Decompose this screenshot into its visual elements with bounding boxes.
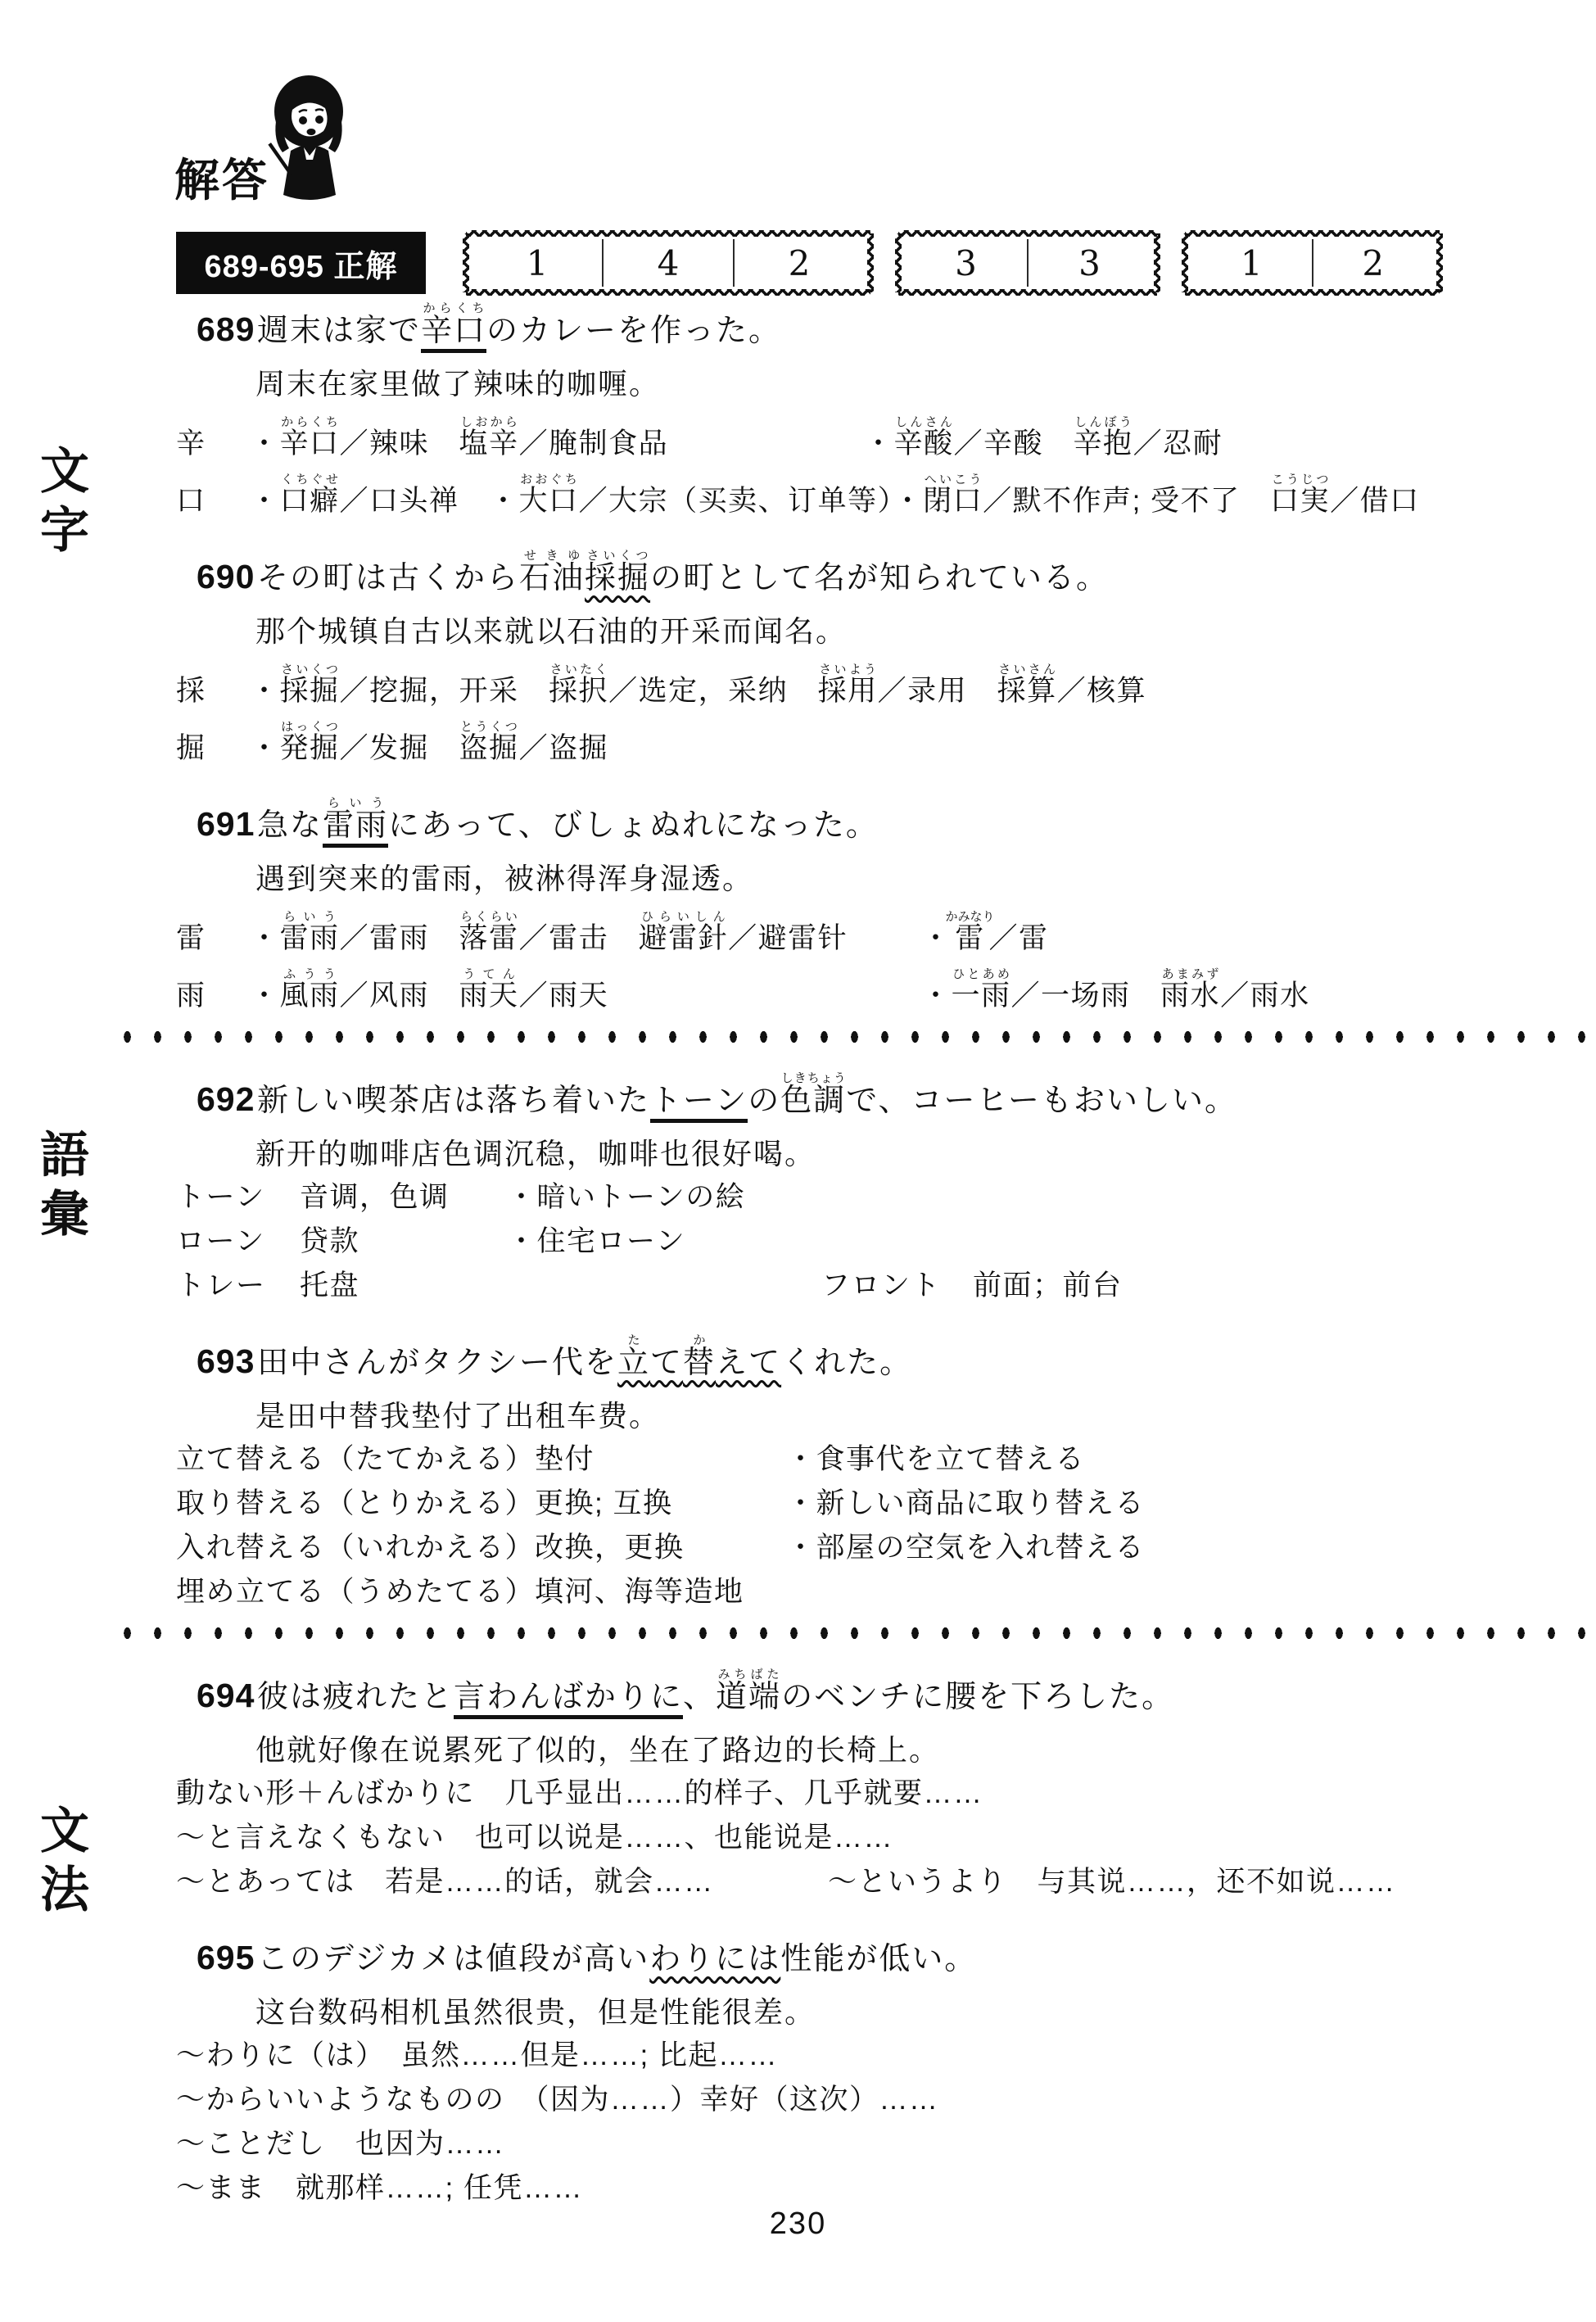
ruby-term: 避雷針ひらいしん <box>639 922 729 954</box>
vocab-cell: ・一雨ひとあめ／一场雨 雨水あまみず／雨水 <box>921 967 1310 1014</box>
zigzag-border-right <box>1154 233 1160 292</box>
vocab-cell: ・採掘さいくつ／挖掘，开采 採択さいたく／选定，采纳 採用さいよう／录用 採算さ… <box>250 663 1146 709</box>
ruby-term: 発掘はっくつ <box>280 732 340 764</box>
text-run: ～からいいようなものの （因为……）幸好（这次）…… <box>176 2084 939 2116</box>
vocab-cell: ～まま 就那样……; 任凭…… <box>176 2170 583 2207</box>
vocab-cell: ・部屋の空気を入れ替える <box>786 1530 1145 1566</box>
text-run: 掘 <box>176 732 206 764</box>
vocab-cell: 採 <box>176 673 206 709</box>
text-run: ～とあっては 若是……的话，就会…… <box>176 1866 714 1898</box>
question-694: 694彼は疲れたと言わんばかりに、道端みちばたのベンチに腰を下ろした。他就好像在… <box>176 1654 1568 1900</box>
text-run: ～というより 与其说……，还不如说…… <box>828 1866 1396 1898</box>
zigzag-border-left <box>895 233 902 292</box>
vocab-row: トーン音调，色调・暗いトーンの絵 <box>176 1179 1568 1215</box>
text-run: フロント <box>821 1270 941 1301</box>
underlined-term: えて <box>716 1346 781 1380</box>
text-run: ／默不作声; 受不了 <box>983 485 1270 517</box>
question-689: 689週末は家で辛口からくちのカレーを作った。周末在家里做了辣味的咖喱。辛・辛口… <box>176 288 1568 519</box>
question-text: 田中さんがタクシー代を立たて替かえてくれた。 <box>257 1346 912 1380</box>
text-run: ／发掘 <box>340 732 459 764</box>
text-run: 雨 <box>176 980 206 1012</box>
text-run: ・新しい商品に取り替える <box>786 1487 1145 1519</box>
ruby-term: 辛口からくち <box>421 314 486 348</box>
text-run: ／大宗（买卖、订单等）・ <box>579 485 924 517</box>
vocab-cell: 托盘 <box>300 1268 359 1304</box>
text-run: 音调，色调 <box>300 1181 450 1213</box>
vocab-row: 採・採掘さいくつ／挖掘，开采 採択さいたく／选定，采纳 採用さいよう／录用 採算… <box>176 657 1568 709</box>
text-run: ／风雨 <box>340 980 459 1012</box>
text-run: ／雨天 <box>519 980 609 1012</box>
text-run: のベンチに腰を下ろした。 <box>781 1680 1174 1714</box>
vocab-cell: ・風雨ふうう／风雨 雨天うてん／雨天 <box>250 967 608 1014</box>
vocab-row: 雷・雷雨らいう／雷雨 落雷らくらい／雷击 避雷針ひらいしん／避雷针・雷かみなり／… <box>176 904 1568 957</box>
text-run: で、コーヒーもおいしい。 <box>846 1084 1237 1118</box>
vocab-cell: 雨 <box>176 978 206 1014</box>
vocab-cell: トーン <box>176 1179 265 1215</box>
text-run: 辛 <box>176 428 206 459</box>
ruby-term: 採掘さいくつ <box>585 561 650 595</box>
answer-content: 689週末は家で辛口からくちのカレーを作った。周末在家里做了辣味的咖喱。辛・辛口… <box>176 288 1568 2223</box>
text-run: ／避雷针 <box>728 922 848 954</box>
zigzag-border-top <box>898 230 1157 237</box>
text-run: 動ない形＋んばかりに 几乎显出……的样子、几乎就要…… <box>176 1777 983 1809</box>
text-run: 急な <box>257 808 323 843</box>
question-number: 693 <box>197 1340 257 1383</box>
vocab-cell: ～からいいようなものの （因为……）幸好（这次）…… <box>176 2082 939 2118</box>
vocab-cell: 立て替える（たてかえる）垫付 <box>176 1442 595 1478</box>
vocab-cell: ローン <box>176 1224 265 1260</box>
dotted-separator <box>112 1627 1596 1640</box>
vocab-cell: ・住宅ローン <box>507 1224 685 1260</box>
text-run: 入れ替える（いれかえる）改换，更换 <box>176 1532 685 1564</box>
question-sentence: 694彼は疲れたと言わんばかりに、道端みちばたのベンチに腰を下ろした。 <box>176 1654 1568 1725</box>
text-run: 新しい喫茶店は落ち着いた <box>257 1084 650 1118</box>
vocab-cell: ～ことだし 也因为…… <box>176 2126 505 2162</box>
question-text: 彼は疲れたと言わんばかりに、道端みちばたのベンチに腰を下ろした。 <box>257 1680 1174 1719</box>
ruby-term: 閉口へいこう <box>923 485 983 517</box>
answer-group-2: 3 3 <box>897 232 1159 294</box>
vocab-row: 動ない形＋んばかりに 几乎显出……的样子、几乎就要…… <box>176 1776 1568 1812</box>
text-run: トーン <box>650 1084 748 1118</box>
text-run: ／辛酸 <box>954 428 1074 459</box>
question-690: 690その町は古くから石油せきゆ採掘さいくつの町として名が知られている。那个城镇… <box>176 536 1568 767</box>
vocab-cell: フロント <box>821 1268 941 1304</box>
text-run: 口 <box>176 485 206 517</box>
question-number: 689 <box>197 308 257 351</box>
text-run: ～と言えなくもない 也可以说是……、也能说是…… <box>176 1822 893 1854</box>
vocab-row: ～と言えなくもない 也可以说是……、也能说是…… <box>176 1820 1568 1856</box>
ruby-term: 一雨ひとあめ <box>952 980 1011 1012</box>
question-number: 692 <box>197 1078 257 1120</box>
text-run: のカレーを作った。 <box>486 314 781 348</box>
vocab-cell: 音调，色调 <box>300 1179 450 1215</box>
text-run: 前面；前台 <box>973 1270 1123 1301</box>
vocab-cell: ・口癖くちぐせ／口头禅 ・大口おおぐち／大宗（买卖、订单等）・閉口へいこう／默不… <box>250 473 1420 519</box>
text-run: て <box>650 1346 683 1380</box>
ruby-term: 採用さいよう <box>818 675 878 707</box>
vocab-cell: ・雷かみなり／雷 <box>921 910 1049 957</box>
vocab-row: ～まま 就那样……; 任凭…… <box>176 2170 1568 2207</box>
ruby-term: 口実こうじつ <box>1270 485 1330 517</box>
vocab-row: 取り替える（とりかえる）更换; 互换・新しい商品に取り替える <box>176 1486 1568 1522</box>
ruby-term: 口癖くちぐせ <box>280 485 340 517</box>
underlined-term: トーン <box>650 1084 748 1123</box>
vocab-cell: ・辛酸しんさん／辛酸 辛抱しんぼう／忍耐 <box>864 415 1223 462</box>
vocab-cell: 前面；前台 <box>973 1268 1123 1304</box>
answer-range-label: 689-695 正解 <box>176 232 426 294</box>
underlined-term: 辛口からくち <box>421 314 486 353</box>
vocab-cell: 掘 <box>176 731 206 767</box>
text-run: えて <box>716 1346 781 1380</box>
vocab-cell: 入れ替える（いれかえる）改换，更换 <box>176 1530 685 1566</box>
text-run: ～ことだし 也因为…… <box>176 2128 505 2160</box>
text-run: ／雷 <box>989 922 1049 954</box>
ruby-term: 辛抱しんぼう <box>1074 428 1133 459</box>
text-run: ・暗いトーンの絵 <box>507 1181 745 1213</box>
vocab-row: 立て替える（たてかえる）垫付・食事代を立て替える <box>176 1442 1568 1478</box>
question-sentence: 693田中さんがタクシー代を立たて替かえてくれた。 <box>176 1320 1568 1391</box>
vocab-cell: ・雷雨らいう／雷雨 落雷らくらい／雷击 避雷針ひらいしん／避雷针 <box>250 910 848 957</box>
vocab-cell: 口 <box>176 483 206 519</box>
vocab-row: 口・口癖くちぐせ／口头禅 ・大口おおぐち／大宗（买卖、订单等）・閉口へいこう／默… <box>176 467 1568 519</box>
question-translation: 是田中替我垫付了出租车费。 <box>255 1397 1568 1435</box>
text-run: ・ <box>250 732 280 764</box>
question-translation: 这台数码相机虽然很贵，但是性能很差。 <box>255 1994 1568 2031</box>
text-run: わりには <box>649 1942 780 1976</box>
dotted-separator <box>112 1030 1596 1043</box>
text-run: ・部屋の空気を入れ替える <box>786 1532 1145 1564</box>
text-run: ／挖掘，开采 <box>340 675 549 707</box>
question-number: 695 <box>197 1936 257 1979</box>
text-run: ／核算 <box>1057 675 1147 707</box>
question-sentence: 689週末は家で辛口からくちのカレーを作った。 <box>176 288 1568 359</box>
text-run: ／雨水 <box>1220 980 1310 1012</box>
text-run: 性能が低い。 <box>780 1942 977 1976</box>
question-sentence: 692新しい喫茶店は落ち着いたトーンの色調しきちょうで、コーヒーもおいしい。 <box>176 1058 1568 1129</box>
vocab-row: ～わりに（は） 虽然……但是……; 比起…… <box>176 2038 1568 2074</box>
vocab-row: ローン贷款・住宅ローン <box>176 1224 1568 1260</box>
text-run: ・ <box>921 980 952 1012</box>
text-run: ・ <box>250 675 280 707</box>
text-run: くれた。 <box>781 1346 912 1380</box>
text-run: 、 <box>683 1680 716 1714</box>
teacher-girl-illustration <box>248 74 356 205</box>
vocab-cell: 取り替える（とりかえる）更换; 互换 <box>176 1486 672 1522</box>
text-run: ・食事代を立て替える <box>786 1443 1085 1475</box>
text-run: ・ <box>250 980 280 1012</box>
text-run: ／盗掘 <box>519 732 609 764</box>
answer-cell: 3 <box>1027 239 1151 287</box>
text-run: 立て替える（たてかえる）垫付 <box>176 1443 595 1475</box>
text-run: 言わんばかりに <box>454 1680 683 1714</box>
vocab-cell: ・発掘はっくつ／发掘 盗掘とうくつ／盗掘 <box>250 720 608 767</box>
page-number: 230 <box>0 2207 1596 2242</box>
question-text: 新しい喫茶店は落ち着いたトーンの色調しきちょうで、コーヒーもおいしい。 <box>257 1084 1237 1123</box>
text-run: にあって、びしょぬれになった。 <box>388 808 879 843</box>
vocab-row: ～からいいようなものの （因为……）幸好（这次）…… <box>176 2082 1568 2118</box>
text-run: 托盘 <box>300 1270 359 1301</box>
text-run: ／录用 <box>878 675 997 707</box>
question-695: 695このデジカメは値段が高いわりには性能が低い。这台数码相机虽然很贵，但是性能… <box>176 1917 1568 2207</box>
text-run: ・ <box>250 428 280 459</box>
text-run: ／辣味 <box>340 428 459 459</box>
question-sentence: 690その町は古くから石油せきゆ採掘さいくつの町として名が知られている。 <box>176 536 1568 606</box>
zigzag-border-top <box>1185 230 1440 237</box>
vocab-cell: ～と言えなくもない 也可以说是……、也能说是…… <box>176 1820 893 1856</box>
ruby-term: 立た <box>617 1346 650 1380</box>
text-run: 採 <box>176 675 206 707</box>
question-sentence: 691急な雷雨らいうにあって、びしょぬれになった。 <box>176 783 1568 853</box>
question-number: 690 <box>197 555 257 598</box>
text-run: ／选定，采纳 <box>608 675 818 707</box>
ruby-term: 落雷らくらい <box>459 922 519 954</box>
underlined-term: わりには <box>649 1942 780 1976</box>
question-translation: 周末在家里做了辣味的咖喱。 <box>255 365 1568 403</box>
text-run: ／腌制食品 <box>519 428 669 459</box>
ruby-term: 採掘さいくつ <box>280 675 340 707</box>
vocab-cell: 雷 <box>176 921 206 957</box>
zigzag-border-top <box>466 230 870 237</box>
ruby-term: 道端みちばた <box>716 1680 781 1714</box>
text-run: の <box>748 1084 780 1118</box>
text-run: ・ <box>250 485 280 517</box>
underlined-term: 立た <box>617 1346 650 1380</box>
ruby-term: 大口おおぐち <box>519 485 579 517</box>
text-run: ・ <box>864 428 894 459</box>
text-run: 彼は疲れたと <box>257 1680 454 1714</box>
text-run: ローン <box>176 1225 265 1257</box>
answer-cell: 4 <box>602 239 733 287</box>
underlined-term: 雷雨らいう <box>323 808 388 848</box>
ruby-term: 採算さいさん <box>997 675 1057 707</box>
ruby-term: 盗掘とうくつ <box>459 732 519 764</box>
vocab-cell: 動ない形＋んばかりに 几乎显出……的样子、几乎就要…… <box>176 1776 983 1812</box>
text-run: その町は古くから <box>257 561 519 595</box>
underlined-term: 採掘さいくつ <box>585 561 650 595</box>
vocab-row: 入れ替える（いれかえる）改换，更换・部屋の空気を入れ替える <box>176 1530 1568 1566</box>
text-run: 雷 <box>176 922 206 954</box>
side-tab-moji: 文字 <box>36 445 85 563</box>
text-run: このデジカメは値段が高い <box>257 1942 649 1976</box>
question-translation: 那个城镇自古以来就以石油的开采而闻名。 <box>255 613 1568 650</box>
ruby-term: 替か <box>683 1346 716 1380</box>
text-run: 贷款 <box>300 1225 359 1257</box>
text-run: ／口头禅 ・ <box>340 485 519 517</box>
text-run: ／忍耐 <box>1133 428 1223 459</box>
teacher-girl-icon <box>248 74 356 209</box>
underlined-term: 替か <box>683 1346 716 1380</box>
answer-cell: 1 <box>1191 239 1312 287</box>
ruby-term: 雷雨らいう <box>280 922 340 954</box>
side-tab-goi: 語彙 <box>36 1129 85 1247</box>
text-run: ～まま 就那样……; 任凭…… <box>176 2172 583 2204</box>
underlined-term: て <box>650 1346 683 1380</box>
vocab-row: ～とあっては 若是……的话，就会……～というより 与其说……，还不如说…… <box>176 1864 1568 1900</box>
vocab-cell: ・新しい商品に取り替える <box>786 1486 1145 1522</box>
underlined-term: 言わんばかりに <box>454 1680 683 1719</box>
question-translation: 遇到突来的雷雨，被淋得浑身湿透。 <box>255 860 1568 898</box>
text-run: ／借口 <box>1330 485 1420 517</box>
answer-group-1: 1 4 2 <box>464 232 872 294</box>
vocab-cell: ・辛口からくち／辣味 塩辛しおから／腌制食品 <box>250 415 668 462</box>
question-sentence: 695このデジカメは値段が高いわりには性能が低い。 <box>176 1917 1568 1987</box>
answer-cell: 2 <box>1312 239 1434 287</box>
question-692: 692新しい喫茶店は落ち着いたトーンの色調しきちょうで、コーヒーもおいしい。新开… <box>176 1058 1568 1304</box>
answer-strip: 689-695 正解 1 4 2 3 3 1 2 <box>176 232 1441 294</box>
vocab-cell: ～わりに（は） 虽然……但是……; 比起…… <box>176 2038 778 2074</box>
text-run: 埋め立てる（うめたてる）填河、海等造地 <box>176 1576 744 1608</box>
vocab-cell: ・暗いトーンの絵 <box>507 1179 745 1215</box>
text-run: ／雷雨 <box>340 922 459 954</box>
question-number: 691 <box>197 803 257 845</box>
text-run: 取り替える（とりかえる）更换; 互换 <box>176 1487 672 1519</box>
zigzag-border-right <box>1436 233 1443 292</box>
vocab-row: 埋め立てる（うめたてる）填河、海等造地 <box>176 1574 1568 1610</box>
answer-group-3: 1 2 <box>1183 232 1441 294</box>
answer-cell: 3 <box>905 239 1027 287</box>
ruby-term: 風雨ふうう <box>280 980 340 1012</box>
vocab-cell: 贷款 <box>300 1224 359 1260</box>
ruby-term: 雷雨らいう <box>323 808 388 843</box>
vocab-cell: 埋め立てる（うめたてる）填河、海等造地 <box>176 1574 744 1610</box>
question-691: 691急な雷雨らいうにあって、びしょぬれになった。遇到突来的雷雨，被淋得浑身湿透… <box>176 783 1568 1014</box>
zigzag-border-left <box>1182 233 1188 292</box>
vocab-row: 雨・風雨ふうう／风雨 雨天うてん／雨天・一雨ひとあめ／一场雨 雨水あまみず／雨水 <box>176 962 1568 1014</box>
vocab-row: 掘・発掘はっくつ／发掘 盗掘とうくつ／盗掘 <box>176 714 1568 767</box>
text-run: ・ <box>250 922 280 954</box>
text-run: ／雷击 <box>519 922 639 954</box>
answer-cell: 2 <box>733 239 864 287</box>
answer-cell: 1 <box>472 239 602 287</box>
text-run: トーン <box>176 1181 265 1213</box>
ruby-term: 雷かみなり <box>952 922 989 954</box>
text-run: 田中さんがタクシー代を <box>257 1346 617 1380</box>
question-693: 693田中さんがタクシー代を立たて替かえてくれた。是田中替我垫付了出租车费。立て… <box>176 1320 1568 1610</box>
question-translation: 新开的咖啡店色调沉稳，咖啡也很好喝。 <box>255 1135 1568 1173</box>
question-text: 急な雷雨らいうにあって、びしょぬれになった。 <box>257 808 879 848</box>
ruby-term: 色調しきちょう <box>780 1084 846 1118</box>
text-run: の町として名が知られている。 <box>650 561 1109 595</box>
text-run: ～わりに（は） 虽然……但是……; 比起…… <box>176 2039 778 2071</box>
ruby-term: 石油せきゆ <box>519 561 585 595</box>
ruby-term: 辛口からくち <box>280 428 340 459</box>
vocab-cell: ～というより 与其说……，还不如说…… <box>828 1864 1396 1900</box>
question-translation: 他就好像在说累死了似的，坐在了路边的长椅上。 <box>255 1731 1568 1769</box>
vocab-row: 辛・辛口からくち／辣味 塩辛しおから／腌制食品・辛酸しんさん／辛酸 辛抱しんぼう… <box>176 410 1568 462</box>
ruby-term: 雨天うてん <box>459 980 519 1012</box>
zigzag-border-left <box>463 233 469 292</box>
side-tab-bunpou: 文法 <box>36 1804 85 1922</box>
text-run: トレー <box>176 1270 266 1301</box>
ruby-term: 採択さいたく <box>549 675 608 707</box>
ruby-term: 辛酸しんさん <box>894 428 954 459</box>
question-number: 694 <box>197 1674 257 1717</box>
question-text: 週末は家で辛口からくちのカレーを作った。 <box>257 314 781 353</box>
ruby-term: 塩辛しおから <box>459 428 519 459</box>
vocab-cell: 辛 <box>176 426 206 462</box>
vocab-row: ～ことだし 也因为…… <box>176 2126 1568 2162</box>
vocab-row: トレー托盘フロント前面；前台 <box>176 1268 1568 1304</box>
zigzag-border-right <box>867 233 874 292</box>
text-run: ／一场雨 <box>1011 980 1161 1012</box>
ruby-term: 雨水あまみず <box>1160 980 1220 1012</box>
vocab-cell: ～とあっては 若是……的话，就会…… <box>176 1864 714 1900</box>
text-run: 週末は家で <box>257 314 421 348</box>
text-run: ・住宅ローン <box>507 1225 685 1257</box>
vocab-cell: ・食事代を立て替える <box>786 1442 1085 1478</box>
vocab-cell: トレー <box>176 1268 266 1304</box>
question-text: このデジカメは値段が高いわりには性能が低い。 <box>257 1942 977 1976</box>
question-text: その町は古くから石油せきゆ採掘さいくつの町として名が知られている。 <box>257 561 1109 595</box>
